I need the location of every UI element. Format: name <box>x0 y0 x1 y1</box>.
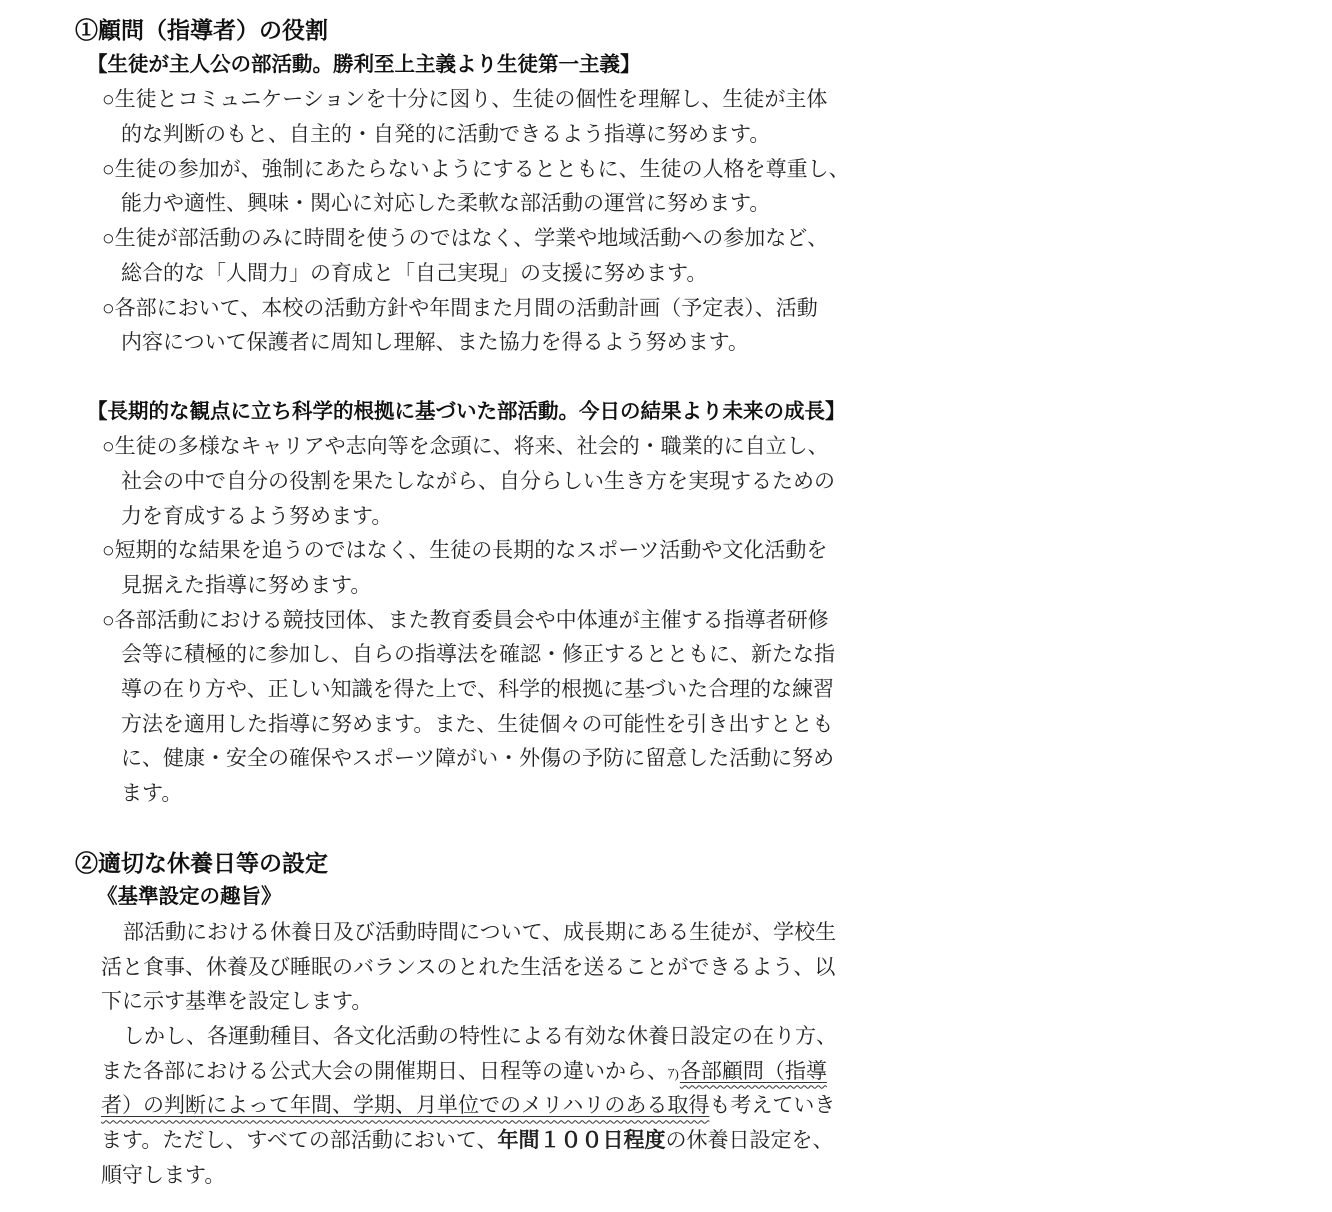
bullet-line: ○生徒の多様なキャリアや志向等を念頭に、将来、社会的・職業的に自立し、 <box>0 429 1332 464</box>
paragraph-line: 下に示す基準を設定します。 <box>0 984 1332 1019</box>
bullet-line: ○各部活動における競技団体、また教育委員会や中体連が主催する指導者研修 <box>0 603 1332 638</box>
text-run: に、健康・安全の確保やスポーツ障がい・外傷の予防に留意した活動に努め <box>121 746 834 770</box>
text-run: 導の在り方や、正しい知識を得た上で、科学的根拠に基づいた合理的な練習 <box>121 677 834 701</box>
underline-solid-wrap: 各部顧問（指導 <box>680 1059 827 1083</box>
emphasis-bold-text: 年間１００日程度 <box>497 1128 665 1152</box>
text-run: ○生徒の参加が、強制にあたらないようにするとともに、生徒の人格を尊重し、 <box>102 157 850 181</box>
text-run: 力を育成するよう努めます。 <box>121 504 392 528</box>
bullet-continuation-line: に、健康・安全の確保やスポーツ障がい・外傷の予防に留意した活動に努め <box>0 741 1332 776</box>
text-run: 内容について保護者に周知し理解、また協力を得るよう努めます。 <box>121 330 749 354</box>
text-run: 能力や適性、興味・関心に対応した柔軟な部活動の運営に努めます。 <box>121 191 770 215</box>
text-run: 総合的な「人間力」の育成と「自己実現」の支援に努めます。 <box>121 261 707 285</box>
annotation-marker: ｱ) <box>668 1066 680 1081</box>
text-run: ○短期的な結果を追うのではなく、生徒の長期的なスポーツ活動や文化活動を <box>102 538 827 562</box>
text-run: 順守します。 <box>101 1163 225 1187</box>
paragraph-first-line: しかし、各運動種目、各文化活動の特性による有効な休養日設定の在り方、 <box>0 1019 1332 1054</box>
document-body: ①顧問（指導者）の役割【生徒が主人公の部活動。勝利至上主義より生徒第一主義】○生… <box>0 13 1332 1192</box>
bullet-continuation-line: 能力や適性、興味・関心に対応した柔軟な部活動の運営に努めます。 <box>0 186 1332 221</box>
bullet-continuation-line: ます。 <box>0 776 1332 811</box>
text-run: ○生徒が部活動のみに時間を使うのではなく、学業や地域活動への参加など、 <box>102 226 828 250</box>
bullet-continuation-line: 会等に積極的に参加し、自らの指導法を確認・修正するとともに、新たな指 <box>0 637 1332 672</box>
bullet-line: ○短期的な結果を追うのではなく、生徒の長期的なスポーツ活動や文化活動を <box>0 533 1332 568</box>
bullet-continuation-line: 内容について保護者に周知し理解、また協力を得るよう努めます。 <box>0 325 1332 360</box>
text-run: 下に示す基準を設定します。 <box>101 989 372 1013</box>
bracket-subheading: 【生徒が主人公の部活動。勝利至上主義より生徒第一主義】 <box>0 48 1332 83</box>
bullet-continuation-line: 力を育成するよう努めます。 <box>0 499 1332 534</box>
text-run: 方法を適用した指導に努めます。また、生徒個々の可能性を引き出すととも <box>121 712 833 736</box>
text-run: 見据えた指導に努めます。 <box>121 573 371 597</box>
text-run: 《基準設定の趣旨》 <box>97 885 282 908</box>
purpose-subheading: 《基準設定の趣旨》 <box>0 880 1332 915</box>
text-run: 活と食事、休養及び睡眠のバランスのとれた生活を送ることができるよう、以 <box>101 955 835 979</box>
bracket-subheading: 【長期的な観点に立ち科学的根拠に基づいた部活動。今日の結果より未来の成長】 <box>0 395 1332 430</box>
bullet-continuation-line: 方法を適用した指導に努めます。また、生徒個々の可能性を引き出すととも <box>0 707 1332 742</box>
text-run: ①顧問（指導者）の役割 <box>75 17 328 43</box>
bullet-line: ○各部において、本校の活動方針や年間また月間の活動計画（予定表）、活動 <box>0 291 1332 326</box>
text-run: しかし、各運動種目、各文化活動の特性による有効な休養日設定の在り方、 <box>123 1024 837 1048</box>
text-run: ます。ただし、すべての部活動において、 <box>101 1128 497 1152</box>
section-heading: ①顧問（指導者）の役割 <box>0 13 1332 48</box>
document-page: ①顧問（指導者）の役割【生徒が主人公の部活動。勝利至上主義より生徒第一主義】○生… <box>0 0 1332 1212</box>
underlined-text: 者）の判断によって年間、学期、月単位でのメリハリのある取得 <box>101 1093 709 1117</box>
underlined-text: 各部顧問（指導 <box>680 1059 827 1083</box>
text-run: ます。 <box>121 781 182 805</box>
text-run: ○各部において、本校の活動方針や年間また月間の活動計画（予定表）、活動 <box>102 296 818 320</box>
paragraph-line: ます。ただし、すべての部活動において、年間１００日程度の休養日設定を、 <box>0 1123 1332 1158</box>
bullet-continuation-line: 見据えた指導に努めます。 <box>0 568 1332 603</box>
text-run: ②適切な休養日等の設定 <box>75 850 328 876</box>
text-run: 部活動における休養日及び活動時間について、成長期にある生徒が、学校生 <box>123 920 836 944</box>
bullet-continuation-line: 社会の中で自分の役割を果たしながら、自分らしい生き方を実現するための <box>0 464 1332 499</box>
paragraph-line: 順守します。 <box>0 1158 1332 1193</box>
text-run: 会等に積極的に参加し、自らの指導法を確認・修正するとともに、新たな指 <box>121 642 835 666</box>
bullet-continuation-line: 的な判断のもと、自主的・自発的に活動できるよう指導に努めます。 <box>0 117 1332 152</box>
text-run: 社会の中で自分の役割を果たしながら、自分らしい生き方を実現するための <box>121 469 835 493</box>
text-run: 【長期的な観点に立ち科学的根拠に基づいた部活動。今日の結果より未来の成長】 <box>87 400 846 423</box>
paragraph-first-line: 部活動における休養日及び活動時間について、成長期にある生徒が、学校生 <box>0 915 1332 950</box>
text-run: 的な判断のもと、自主的・自発的に活動できるよう指導に努めます。 <box>121 122 770 146</box>
paragraph-line: 者）の判断によって年間、学期、月単位でのメリハリのある取得も考えていき <box>0 1088 1332 1123</box>
section-heading: ②適切な休養日等の設定 <box>0 846 1332 881</box>
bullet-continuation-line: 導の在り方や、正しい知識を得た上で、科学的根拠に基づいた合理的な練習 <box>0 672 1332 707</box>
text-run: 【生徒が主人公の部活動。勝利至上主義より生徒第一主義】 <box>87 53 641 76</box>
text-run: また各部における公式大会の開催期日、日程等の違いから、 <box>101 1059 668 1083</box>
paragraph-line: また各部における公式大会の開催期日、日程等の違いから、ｱ)各部顧問（指導 <box>0 1054 1332 1089</box>
text-run: ○生徒とコミュニケーションを十分に図り、生徒の個性を理解し、生徒が主体 <box>102 87 827 111</box>
blank-line <box>0 360 1332 395</box>
underline-solid-wrap: 者）の判断によって年間、学期、月単位でのメリハリのある取得 <box>101 1093 709 1117</box>
text-run: も考えていき <box>709 1093 835 1117</box>
text-run: ○各部活動における競技団体、また教育委員会や中体連が主催する指導者研修 <box>102 608 829 632</box>
bullet-line: ○生徒とコミュニケーションを十分に図り、生徒の個性を理解し、生徒が主体 <box>0 82 1332 117</box>
text-run: ○生徒の多様なキャリアや志向等を念頭に、将来、社会的・職業的に自立し、 <box>102 434 829 458</box>
blank-line <box>0 811 1332 846</box>
bullet-continuation-line: 総合的な「人間力」の育成と「自己実現」の支援に努めます。 <box>0 256 1332 291</box>
bullet-line: ○生徒の参加が、強制にあたらないようにするとともに、生徒の人格を尊重し、 <box>0 152 1332 187</box>
bullet-line: ○生徒が部活動のみに時間を使うのではなく、学業や地域活動への参加など、 <box>0 221 1332 256</box>
text-run: の休養日設定を、 <box>665 1128 833 1152</box>
paragraph-line: 活と食事、休養及び睡眠のバランスのとれた生活を送ることができるよう、以 <box>0 950 1332 985</box>
